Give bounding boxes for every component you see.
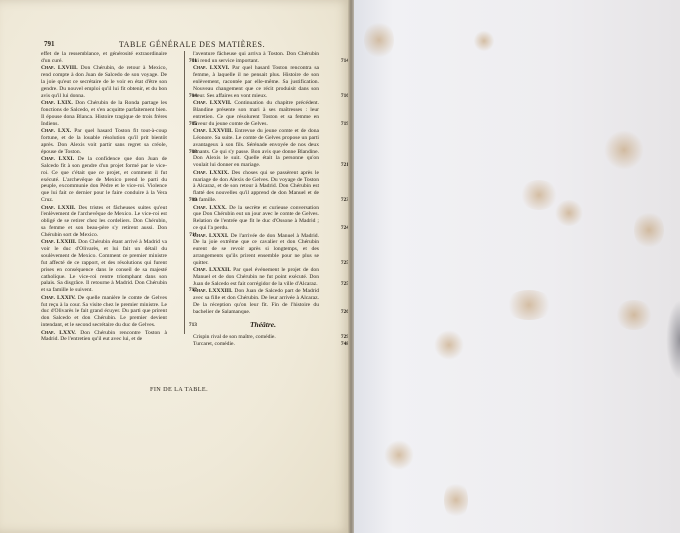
chapter-number: Chap. LXXII.	[41, 205, 75, 211]
column-divider	[184, 51, 185, 334]
toc-entry: Chap. LXX. Par quel hasard Toston fit to…	[41, 128, 181, 155]
chapter-number: Chap. LXXV.	[41, 330, 76, 336]
foxing-stain	[614, 300, 654, 330]
chapter-number: Chap. LXVIII.	[41, 65, 78, 71]
chapter-number: Chap. LXXXI.	[193, 233, 228, 239]
toc-entry: l'aventure fâcheuse qui arriva à Toston.…	[193, 51, 333, 65]
entry-text: Don Chérubin étant arrivé à Madrid va vo…	[41, 239, 167, 293]
toc-column-right: l'aventure fâcheuse qui arriva à Toston.…	[193, 51, 333, 349]
chapter-number: Chap. LXIX.	[41, 100, 73, 106]
chapter-number: Chap. LXXXII.	[193, 267, 231, 273]
chapter-number: Chap. LXXI.	[41, 156, 74, 162]
toc-entry: Chap. LXXIX. Des choses qui se passèrent…	[193, 170, 333, 204]
toc-entry: Chap. LXXV. Don Chérubin rencontre Tosto…	[41, 330, 181, 344]
section-title-theatre: Théâtre.	[193, 322, 333, 329]
foxing-stain	[504, 290, 554, 320]
running-title: TABLE GÉNÉRALE DES MATIÈRES.	[44, 40, 340, 49]
entry-text: Crispin rival de son maître, comédie.	[193, 334, 276, 340]
toc-entry: Chap. LXXVIII. Entrevue du jeune comte e…	[193, 128, 333, 169]
entry-text: Turcaret, comédie.	[193, 341, 235, 347]
toc-entry: Crispin rival de son maître, comédie.729	[193, 334, 333, 341]
toc-entry: Chap. LXXXIII. Don Juan de Salcedo part …	[193, 288, 333, 315]
chapter-number: Chap. LXXXIII.	[193, 288, 233, 294]
toc-entry: Chap. LXIX. Don Chérubin de la Ronda par…	[41, 100, 181, 127]
foxing-stain	[634, 210, 664, 250]
toc-entry: Chap. LXXVI. Par quel hasard Toston renc…	[193, 65, 333, 99]
foxing-stain	[474, 30, 494, 52]
foxing-stain	[519, 180, 559, 210]
toc-entry: Chap. LXVIII. Don Chérubin, de retour à …	[41, 65, 181, 99]
toc-entry: Chap. LXXIV. De quelle manière le comte …	[41, 295, 181, 329]
entry-text: Entrevue du jeune comte et de dona Léono…	[193, 128, 319, 168]
entry-text: effet de la ressemblance, et générosité …	[41, 51, 167, 64]
toc-entry: effet de la ressemblance, et générosité …	[41, 51, 181, 65]
toc-entry: Chap. LXXIII. Don Chérubin étant arrivé …	[41, 239, 181, 294]
left-page: 791 TABLE GÉNÉRALE DES MATIÈRES. effet d…	[0, 0, 351, 533]
foxing-stain	[444, 480, 468, 520]
chapter-number: Chap. LXXVII.	[193, 100, 231, 106]
toc-entry: Turcaret, comédie.748	[193, 341, 333, 348]
foxing-stain	[434, 330, 464, 360]
foxing-stain	[604, 130, 644, 170]
toc-entry: Chap. LXXVII. Continuation du chapitre p…	[193, 100, 333, 127]
toc-entry: Chap. LXXX. De la secrète et curieuse co…	[193, 205, 333, 232]
entry-text: De la confidence que don Juan de Salcedo…	[41, 156, 167, 203]
chapter-number: Chap. LXXX.	[193, 205, 227, 211]
foxing-stain	[364, 20, 394, 60]
chapter-number: Chap. LXX.	[41, 128, 71, 134]
foxing-stain	[554, 200, 584, 226]
book-spread: 791 TABLE GÉNÉRALE DES MATIÈRES. effet d…	[0, 0, 680, 533]
end-of-table-mark: FIN DE LA TABLE.	[150, 386, 208, 393]
chapter-number: Chap. LXXIII.	[41, 239, 76, 245]
foxing-stain	[384, 440, 414, 470]
toc-entry: Chap. LXXI. De la confidence que don Jua…	[41, 156, 181, 204]
toc-entry: Chap. LXXII. Des tristes et fâcheuses su…	[41, 205, 181, 239]
toc-entry: Chap. LXXXI. De l'arrivée de don Manuel …	[193, 233, 333, 267]
chapter-number: Chap. LXXIX.	[193, 170, 229, 176]
entry-text: l'aventure fâcheuse qui arriva à Toston.…	[193, 51, 319, 64]
chapter-number: Chap. LXXVIII.	[193, 128, 233, 134]
chapter-number: Chap. LXXIV.	[41, 295, 76, 301]
toc-entry: Chap. LXXXII. Par quel événement le proj…	[193, 267, 333, 288]
toc-column-left: effet de la ressemblance, et générosité …	[41, 51, 181, 344]
chapter-number: Chap. LXXVI.	[193, 65, 229, 71]
right-page-blank	[354, 0, 680, 533]
